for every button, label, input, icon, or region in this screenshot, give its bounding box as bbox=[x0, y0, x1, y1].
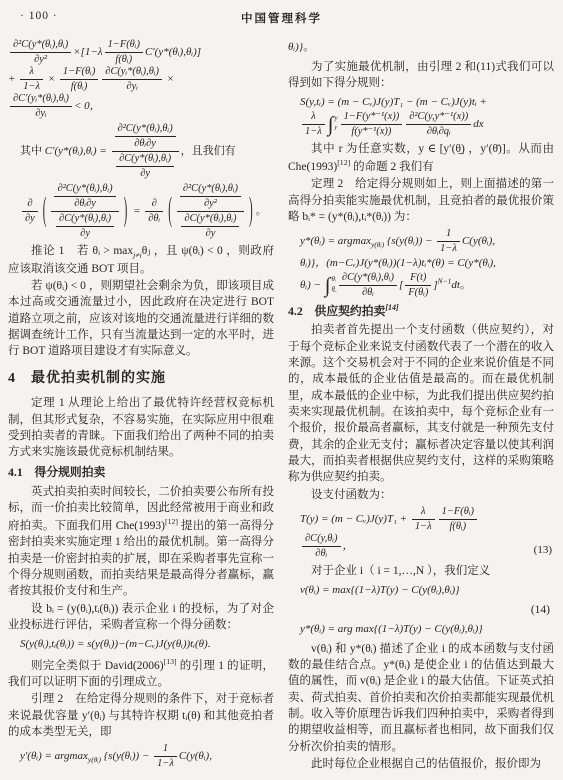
text-run: 4.1 得分规则拍卖 bbox=[8, 465, 105, 479]
text-run: 此时每位企业根据自己的估值报价，报价即为 bbox=[311, 758, 541, 770]
fraction-denominator: ∂θᵢ bbox=[302, 547, 341, 560]
fraction: ∂C(y,θᵢ)∂θᵢ bbox=[302, 533, 341, 560]
superscript: [14] bbox=[385, 303, 398, 312]
fraction: ∂C(y*(θᵢ),θᵢ)∂y bbox=[116, 153, 174, 180]
fraction-numerator: ∂²C(y*(θᵢ),θᵢ)∂θᵢ∂y bbox=[112, 123, 179, 152]
fraction-denominator: ∂y bbox=[116, 167, 174, 180]
paragraph: 引理 2 在给定得分规则的条件下，对于竞标者来说最优容量 y′(θᵢ) 与其特许… bbox=[8, 691, 274, 740]
fraction-denominator: f(θᵢ) bbox=[439, 520, 477, 533]
fraction-denominator: ∂y bbox=[56, 227, 114, 240]
subsection-heading: 4.1 得分规则拍卖 bbox=[8, 464, 274, 481]
big-paren-icon: ( bbox=[43, 186, 47, 237]
fraction: ∂C′(yᵢ*(θᵢ),θᵢ)∂yᵢ bbox=[10, 93, 72, 120]
big-paren-icon: ) bbox=[124, 186, 128, 237]
integral-lower: r bbox=[335, 125, 338, 133]
fraction-denominator: 1−λ bbox=[20, 80, 43, 93]
left-column: ∂²C(y*(θᵢ),θᵢ)∂y²×[1−λ1−F(θᵢ)f(θᵢ)C′(y*(… bbox=[8, 36, 274, 773]
text-run: 推论 1 若 θᵢ > max bbox=[31, 245, 133, 257]
fraction-numerator: ∂C(yᵢ*(θᵢ),θᵢ) bbox=[102, 66, 162, 80]
fraction-denominator: ∂θᵢ∂y bbox=[54, 197, 115, 210]
text-run: T(y) = (m − Cᵥ)J(y)T₁ + bbox=[300, 513, 410, 525]
text-run: × bbox=[45, 73, 58, 85]
paragraph: 则完全类似于 David(2006)[13] 的引理 1 的证明，我们可以证明下… bbox=[8, 656, 274, 690]
fraction: λ1−λ bbox=[20, 66, 43, 93]
integral-upper: θᵢ bbox=[331, 276, 335, 284]
formula: y*(θᵢ) = arg max{(1−λ)T(y) − C(y(θᵢ),θᵢ)… bbox=[288, 621, 554, 638]
fraction-numerator: λ bbox=[20, 66, 43, 80]
fraction-denominator: 1−λ bbox=[412, 520, 435, 533]
text-run: 4.2 供应契约拍卖 bbox=[288, 304, 385, 318]
paragraph: v(θᵢ) 和 y*(θᵢ) 描述了企业 i 的成本函数与支付函数的最佳结合点。… bbox=[288, 641, 554, 755]
paragraph: 此时每位企业根据自己的估值报价，报价即为 bbox=[288, 756, 554, 772]
fraction: ∂²C(y*(θᵢ),θᵢ)∂θᵢ∂y bbox=[115, 123, 176, 150]
formula: ∂∂y(∂²C(y*(θᵢ),θᵢ)∂θᵢ∂y∂C(y*(θᵢ),θᵢ)∂y) … bbox=[8, 183, 274, 240]
text-run: dx bbox=[473, 118, 483, 130]
integral: ∫θᵢθ̲ bbox=[325, 276, 336, 295]
fraction: ∂∂θᵢ bbox=[145, 198, 163, 225]
text-run: C′(y*(θᵢ),θᵢ)] bbox=[145, 46, 201, 58]
text-run: ， bbox=[343, 540, 354, 552]
equation-number: (13) bbox=[534, 542, 552, 559]
big-paren-icon: ) bbox=[249, 186, 253, 237]
fraction-numerator: ∂²C(y*(θᵢ),θᵢ) bbox=[115, 123, 176, 137]
fraction-denominator: ∂yᵢ bbox=[102, 80, 162, 93]
integral-icon: ∫ bbox=[328, 115, 334, 134]
page-number: · 100 · bbox=[20, 10, 58, 22]
fraction: ∂²C(y*(θᵢ),θᵢ)∂θᵢ∂y bbox=[54, 183, 115, 210]
text-run: θᵢ)} bbox=[288, 41, 303, 53]
text-run: C(y(θᵢ), bbox=[179, 750, 212, 762]
text-run: v(θᵢ) = max{(1−λ)T(y) − C(y(θᵢ),θᵢ)} bbox=[300, 584, 460, 596]
text-run: × bbox=[164, 73, 174, 85]
fraction-numerator: ∂²C(y,y*⁻¹(x)) bbox=[406, 111, 471, 125]
text-run: = bbox=[130, 205, 143, 217]
fraction-numerator: 1−F(θᵢ) bbox=[105, 39, 143, 53]
fraction-denominator: ∂θᵢ bbox=[145, 212, 163, 225]
text-run: + bbox=[8, 73, 18, 85]
text-run: y*(θᵢ) = argmax bbox=[300, 235, 371, 247]
text-run: 对于企业 i（ i = 1,…,N ），我们定义 bbox=[311, 565, 490, 577]
fraction: ∂∂y bbox=[22, 198, 38, 225]
formula: θᵢ)}。 bbox=[288, 39, 554, 56]
text-run: S(y(θᵢ),tᵢ(θᵢ)) = s(y(θᵢ))−(m−Cᵥ)J(y(θᵢ)… bbox=[20, 638, 210, 650]
paragraph: 对于企业 i（ i = 1,…,N ），我们定义 bbox=[288, 563, 554, 579]
text-run: C(y(θᵢ), bbox=[462, 235, 495, 247]
text-run: 则完全类似于 David(2006) bbox=[31, 660, 164, 672]
fraction-denominator: ∂θᵢ bbox=[339, 286, 397, 299]
fraction: ∂²C(y,y*⁻¹(x))∂θᵢ∂qᵢ bbox=[406, 111, 471, 138]
superscript: N−1 bbox=[438, 276, 452, 285]
subscript: y(θᵢ) bbox=[88, 756, 101, 765]
fraction-numerator: 1 bbox=[437, 228, 460, 242]
text-run: 4 最优拍卖机制的实施 bbox=[8, 371, 166, 386]
fraction-numerator: 1−F(y*⁻¹(x)) bbox=[341, 111, 403, 125]
fraction-denominator: F(θᵢ) bbox=[405, 286, 431, 299]
text-run: 拍卖者首先提出一个支付函数（供应契约），对于每个竞标企业来说支付函数代表了一个潜… bbox=[288, 324, 554, 483]
text-run: {s(y(θᵢ)) − bbox=[384, 235, 435, 247]
text-run: 的命题 2 我们有 bbox=[350, 161, 433, 173]
fraction-numerator: λ bbox=[412, 506, 435, 520]
paragraph: 若 ψ(θᵢ) < 0 ，则期望社会剩余为负，即该项目成本过高或交通流量过小，因… bbox=[8, 278, 274, 360]
text-run: y*(θᵢ) = arg max{(1−λ)T(y) − C(y(θᵢ),θᵢ)… bbox=[300, 623, 483, 635]
fraction: 11−λ bbox=[154, 743, 177, 770]
formula: 其中 C′(y*(θᵢ),θᵢ) = ∂²C(y*(θᵢ),θᵢ)∂θᵢ∂y∂C… bbox=[8, 123, 274, 180]
big-paren-icon: ( bbox=[168, 186, 172, 237]
text-run: 定理 1 从理论上给出了最优特许经营权竞标机制，但其形式复杂，不容易实施，在实际… bbox=[8, 397, 274, 458]
fraction: ∂C(y*(θᵢ),θᵢ)∂θᵢ bbox=[339, 272, 397, 299]
fraction-denominator: ∂y bbox=[181, 227, 239, 240]
fraction-numerator: λ bbox=[302, 111, 325, 125]
fraction: ∂C(yᵢ*(θᵢ),θᵢ)∂yᵢ bbox=[102, 66, 162, 93]
fraction-denominator: 1−λ bbox=[437, 242, 460, 255]
equation-number: (14) bbox=[288, 602, 554, 618]
text-run: ，且我们有 bbox=[181, 145, 236, 157]
formula: T(y) = (m − Cᵥ)J(y)T₁ + λ1−λ1−F(θᵢ)f(θᵢ)… bbox=[288, 506, 554, 560]
text-run: 定理 2 给定得分规则如上，则上面描述的第一高得分拍卖能实施最优机制，且竞拍者的… bbox=[288, 178, 554, 223]
fraction-numerator: ∂ bbox=[22, 198, 38, 212]
subscript: j≠i bbox=[133, 251, 142, 260]
text-run: y′(θᵢ) = argmax bbox=[20, 750, 88, 762]
text-run: 若 ψ(θᵢ) < 0 ，则期望社会剩余为负，即该项目成本过高或交通流量过小，因… bbox=[8, 280, 274, 357]
paragraph: 为了实施最优机制，由引理 2 和(11)式我们可以得到如下得分规则： bbox=[288, 59, 554, 92]
right-column: θᵢ)}。为了实施最优机制，由引理 2 和(11)式我们可以得到如下得分规则：S… bbox=[288, 36, 554, 773]
fraction: 1−F(θᵢ)f(θᵢ) bbox=[439, 506, 477, 533]
fraction-numerator: ∂C(y,θᵢ) bbox=[302, 533, 341, 547]
text-run: [ bbox=[399, 279, 403, 291]
formula: y′(θᵢ) = argmaxy(θᵢ) {s(y(θᵢ)) − 11−λC(y… bbox=[8, 743, 274, 770]
fraction-numerator: ∂²C(y*(θᵢ),θᵢ) bbox=[10, 39, 71, 53]
fraction-denominator: ∂θᵢ∂qᵢ bbox=[406, 125, 471, 138]
integral-icon: ∫ bbox=[325, 276, 331, 295]
fraction-denominator: f(θᵢ) bbox=[105, 53, 143, 66]
text-run: < 0， bbox=[74, 100, 101, 112]
fraction: ∂C(y*(θᵢ),θᵢ)∂y bbox=[56, 213, 114, 240]
text-run: 其中 bbox=[20, 145, 45, 157]
fraction-numerator: F(t) bbox=[405, 272, 431, 286]
fraction: ∂C(y*(θᵢ),θᵢ)∂y bbox=[181, 213, 239, 240]
fraction: 1−F(θᵢ)f(θᵢ) bbox=[105, 39, 143, 66]
integral-limits: yr bbox=[335, 115, 338, 133]
fraction: λ1−λ bbox=[302, 111, 325, 138]
fraction-denominator: 1−λ bbox=[154, 757, 177, 770]
page: · 100 · 中国管理科学 ∂²C(y*(θᵢ),θᵢ)∂y²×[1−λ1−F… bbox=[0, 0, 563, 780]
text-run: 为了实施最优机制，由引理 2 和(11)式我们可以得到如下得分规则： bbox=[288, 61, 554, 89]
subscript: y(θᵢ) bbox=[371, 240, 384, 249]
columns: ∂²C(y*(θᵢ),θᵢ)∂y²×[1−λ1−F(θᵢ)f(θᵢ)C′(y*(… bbox=[8, 36, 555, 773]
fraction: 1−F(y*⁻¹(x))f(y*⁻¹(x)) bbox=[341, 111, 403, 138]
fraction-numerator: ∂C(y*(θᵢ),θᵢ) bbox=[181, 213, 239, 227]
formula: y*(θᵢ) = argmaxy(θᵢ) {s(y(θᵢ)) − 11−λC(y… bbox=[288, 228, 554, 299]
fraction-numerator: ∂C(y*(θᵢ),θᵢ) bbox=[339, 272, 397, 286]
fraction-numerator: ∂ bbox=[145, 198, 163, 212]
fraction-denominator: ∂yᵢ bbox=[10, 107, 72, 120]
subsection-heading: 4.2 供应契约拍卖[14] bbox=[288, 302, 554, 320]
paragraph: 英式拍卖拍卖时间较长，二价拍卖要公布所有投标，而一价拍卖比较简单，因此经常被用于… bbox=[8, 484, 274, 600]
fraction-numerator: ∂C(y*(θᵢ),θᵢ) bbox=[116, 153, 174, 167]
fraction-denominator: f(y*⁻¹(x)) bbox=[341, 125, 403, 138]
fraction-denominator: ∂y² bbox=[10, 53, 71, 66]
page-header: · 100 · 中国管理科学 bbox=[8, 10, 555, 28]
fraction-numerator: ∂²C(y*(θᵢ),θᵢ) bbox=[54, 183, 115, 197]
fraction-denominator: 1−λ bbox=[302, 125, 325, 138]
fraction-numerator: ∂²C(y*(θᵢ),θᵢ)∂θᵢ∂y bbox=[51, 183, 118, 212]
text-run: 。 bbox=[256, 205, 267, 217]
fraction: ∂²C(y*(θᵢ),θᵢ)∂y² bbox=[180, 183, 241, 210]
text-run: 。 bbox=[303, 41, 314, 53]
fraction-numerator: ∂C(y*(θᵢ),θᵢ) bbox=[56, 213, 114, 227]
journal-title: 中国管理科学 bbox=[241, 13, 322, 25]
fraction-numerator: ∂²C(y*(θᵢ),θᵢ)∂y² bbox=[177, 183, 244, 212]
formula: S(y(θᵢ),tᵢ(θᵢ)) = s(y(θᵢ))−(m−Cᵥ)J(y(θᵢ)… bbox=[8, 636, 274, 653]
fraction-numerator: 1 bbox=[154, 743, 177, 757]
paragraph: 推论 1 若 θᵢ > maxj≠iθⱼ ，且 ψ(θᵢ) < 0 ，则政府应该… bbox=[8, 243, 274, 277]
fraction: ∂²C(y*(θᵢ),θᵢ)∂θᵢ∂y∂C(y*(θᵢ),θᵢ)∂y bbox=[51, 183, 118, 240]
paragraph: 设支付函数为： bbox=[288, 487, 554, 503]
superscript: [13] bbox=[164, 657, 177, 666]
fraction-denominator: ∂θᵢ∂y bbox=[115, 137, 176, 150]
paragraph: 其中 r 为任意实数，y ∈ [y′(θ̲) ，y′(θ̄)]。从而由 Che(… bbox=[288, 141, 554, 175]
formula: ∂²C(y*(θᵢ),θᵢ)∂y²×[1−λ1−F(θᵢ)f(θᵢ)C′(y*(… bbox=[8, 39, 274, 120]
fraction-denominator: ∂C(y*(θᵢ),θᵢ)∂y bbox=[51, 212, 118, 240]
fraction-numerator: ∂²C(y*(θᵢ),θᵢ) bbox=[180, 183, 241, 197]
section-heading: 4 最优拍卖机制的实施 bbox=[8, 369, 274, 389]
text-run: (14) bbox=[531, 604, 550, 616]
fraction-numerator: 1−F(θᵢ) bbox=[60, 66, 98, 80]
integral-lower: θ̲ bbox=[331, 286, 335, 294]
integral: ∫yr bbox=[328, 115, 338, 134]
fraction: ∂²C(y*(θᵢ),θᵢ)∂y²∂C(y*(θᵢ),θᵢ)∂y bbox=[177, 183, 244, 240]
paragraph: 定理 1 从理论上给出了最优特许经营权竞标机制，但其形式复杂，不容易实施，在实际… bbox=[8, 395, 274, 460]
integral-upper: y bbox=[335, 115, 338, 123]
integral-limits: θᵢθ̲ bbox=[331, 276, 335, 294]
fraction-denominator: ∂C(y*(θᵢ),θᵢ)∂y bbox=[177, 212, 244, 240]
text-run: θᵢ) − bbox=[300, 279, 324, 291]
text-run: dt bbox=[451, 279, 460, 291]
fraction-denominator: ∂y² bbox=[180, 197, 241, 210]
text-run: S(y,tᵢ) = (m − Cᵥ)J(y)T₁ − (m − Cᵥ)J(y)t… bbox=[300, 96, 487, 108]
fraction-numerator: 1−F(θᵢ) bbox=[439, 506, 477, 520]
paragraph: 定理 2 给定得分规则如上，则上面描述的第一高得分拍卖能实施最优机制，且竞拍者的… bbox=[288, 176, 554, 225]
text-run: 设支付函数为： bbox=[311, 489, 392, 501]
formula: S(y,tᵢ) = (m − Cᵥ)J(y)T₁ − (m − Cᵥ)J(y)t… bbox=[288, 94, 554, 138]
text-run: 。 bbox=[460, 279, 471, 291]
superscript: [12] bbox=[337, 158, 350, 167]
superscript: [12] bbox=[165, 517, 178, 526]
text-run: C′(y*(θᵢ),θᵢ) = bbox=[45, 145, 110, 157]
text-run: v(θᵢ) 和 y*(θᵢ) 描述了企业 i 的成本函数与支付函数的最佳结合点。… bbox=[288, 643, 554, 753]
fraction: 1−F(θᵢ)f(θᵢ) bbox=[60, 66, 98, 93]
fraction-denominator: ∂C(y*(θᵢ),θᵢ)∂y bbox=[112, 152, 179, 180]
paragraph: 拍卖者首先提出一个支付函数（供应契约），对于每个竞标企业来说支付函数代表了一个潜… bbox=[288, 322, 554, 485]
fraction-denominator: ∂y bbox=[22, 212, 38, 225]
fraction-denominator: f(θᵢ) bbox=[60, 80, 98, 93]
fraction: ∂²C(y*(θᵢ),θᵢ)∂y² bbox=[10, 39, 71, 66]
text-run: ×[1−λ bbox=[73, 46, 102, 58]
text-run: {s(y(θᵢ)) − bbox=[101, 750, 152, 762]
text-run: 引理 2 在给定得分规则的条件下，对于竞标者来说最优容量 y′(θᵢ) 与其特许… bbox=[8, 693, 274, 738]
fraction: λ1−λ bbox=[412, 506, 435, 533]
fraction: 11−λ bbox=[437, 228, 460, 255]
fraction-numerator: ∂C′(yᵢ*(θᵢ),θᵢ) bbox=[10, 93, 72, 107]
fraction: F(t)F(θᵢ) bbox=[405, 272, 431, 299]
fraction: ∂²C(y*(θᵢ),θᵢ)∂θᵢ∂y∂C(y*(θᵢ),θᵢ)∂y bbox=[112, 123, 179, 180]
formula: v(θᵢ) = max{(1−λ)T(y) − C(y(θᵢ),θᵢ)} bbox=[288, 582, 554, 599]
text-run: θᵢ)}，(m−Cᵥ)J(y*(θᵢ))(1−λ)tᵢ*(θ) = C(y*(θ… bbox=[300, 257, 496, 269]
paragraph: 设 bᵢ = (y(θᵢ),tᵢ(θᵢ)) 表示企业 i 的投标，为了对企业投标… bbox=[8, 601, 274, 634]
text-run: 设 bᵢ = (y(θᵢ),tᵢ(θᵢ)) 表示企业 i 的投标，为了对企业投标… bbox=[8, 603, 274, 631]
